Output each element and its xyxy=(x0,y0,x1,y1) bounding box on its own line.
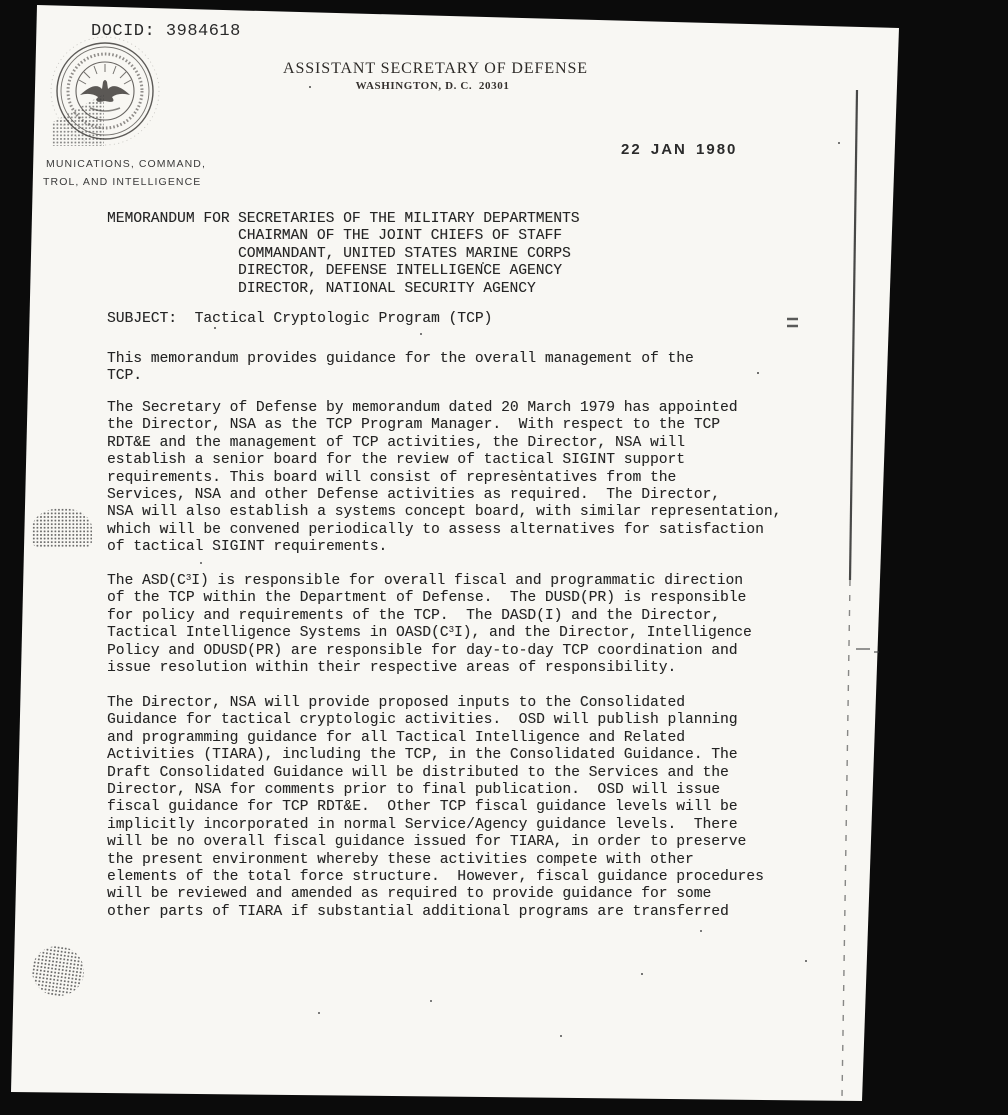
body-text-line: of the TCP within the Department of Defe… xyxy=(107,590,752,607)
office-line-control: TROL, AND INTELLIGENCE xyxy=(43,176,201,188)
body-text-line: Guidance for tactical cryptologic activi… xyxy=(107,712,764,729)
letterhead-title: ASSISTANT SECRETARY OF DEFENSE xyxy=(283,60,583,78)
memo-addressee-line: CHAIRMAN OF THE JOINT CHIEFS OF STAFF xyxy=(238,228,580,245)
letterhead-address: WASHINGTON, D. C. 20301 xyxy=(330,80,535,92)
body-text-line: The Secretary of Defense by memorandum d… xyxy=(107,400,781,417)
body-paragraph-2: The Secretary of Defense by memorandum d… xyxy=(107,400,781,557)
body-text-line: Services, NSA and other Defense activiti… xyxy=(107,487,781,504)
body-text-line: Draft Consolidated Guidance will be dist… xyxy=(107,765,764,782)
body-text-line: The Director, NSA will provide proposed … xyxy=(107,695,764,712)
body-text-line: and programming guidance for all Tactica… xyxy=(107,730,764,747)
body-text-line: The ASD(C3I) is responsible for overall … xyxy=(107,573,752,590)
body-text-line: the present environment whereby these ac… xyxy=(107,852,764,869)
body-text-line: Policy and ODUSD(PR) are responsible for… xyxy=(107,643,752,660)
body-text-line: elements of the total force structure. H… xyxy=(107,869,764,886)
body-text-line: This memorandum provides guidance for th… xyxy=(107,351,694,368)
body-text-line: which will be convened periodically to a… xyxy=(107,522,781,539)
memo-addressee-line: DIRECTOR, NATIONAL SECURITY AGENCY xyxy=(238,281,580,298)
subject-line: SUBJECT: Tactical Cryptologic Program (T… xyxy=(107,311,492,328)
body-text-line: of tactical SIGINT requirements. xyxy=(107,539,781,556)
body-text-line: fiscal guidance for TCP RDT&E. Other TCP… xyxy=(107,799,764,816)
bottom-left-stamp-smudge xyxy=(29,943,87,1000)
memo-addressee-line: SECRETARIES OF THE MILITARY DEPARTMENTS xyxy=(238,211,580,228)
body-text-line: TCP. xyxy=(107,368,694,385)
body-text-line: NSA will also establish a systems concep… xyxy=(107,504,781,521)
margin-ink-smudge xyxy=(32,508,92,548)
body-paragraph-1: This memorandum provides guidance for th… xyxy=(107,351,694,386)
body-paragraph-3: The ASD(C3I) is responsible for overall … xyxy=(107,573,752,677)
body-text-line: implicitly incorporated in normal Servic… xyxy=(107,817,764,834)
scanned-paper-sheet: DOCID: 3984618 ASSISTANT SECRETARY OF DE… xyxy=(0,0,1008,1115)
body-text-line: will be reviewed and amended as required… xyxy=(107,886,764,903)
body-text-line: establish a senior board for the review … xyxy=(107,452,781,469)
scan-noise-specks xyxy=(0,0,2,2)
body-text-line: issue resolution within their respective… xyxy=(107,660,752,677)
body-text-line: other parts of TIARA if substantial addi… xyxy=(107,904,764,921)
memo-addressee-line: DIRECTOR, DEFENSE INTELLIGENCE AGENCY xyxy=(238,263,580,280)
memorandum-for-label: MEMORANDUM FOR xyxy=(107,211,230,228)
office-line-communications: MUNICATIONS, COMMAND, xyxy=(46,158,206,170)
body-text-line: for policy and requirements of the TCP. … xyxy=(107,608,752,625)
body-text-line: requirements. This board will consist of… xyxy=(107,470,781,487)
body-text-line: the Director, NSA as the TCP Program Man… xyxy=(107,417,781,434)
body-text-line: Director, NSA for comments prior to fina… xyxy=(107,782,764,799)
body-text-line: RDT&E and the management of TCP activiti… xyxy=(107,435,781,452)
memo-addressee-line: COMMANDANT, UNITED STATES MARINE CORPS xyxy=(238,246,580,263)
body-text-line: Activities (TIARA), including the TCP, i… xyxy=(107,747,764,764)
memorandum-addressee-list: SECRETARIES OF THE MILITARY DEPARTMENTSC… xyxy=(238,211,580,298)
body-text-line: will be no overall fiscal guidance issue… xyxy=(107,834,764,851)
body-text-line: Tactical Intelligence Systems in OASD(C3… xyxy=(107,625,752,642)
scanned-memo-page: { "colors": { "background": "#0b0b0b", "… xyxy=(0,0,1008,1115)
date-stamp: 22 JAN 1980 xyxy=(621,141,737,158)
body-paragraph-4: The Director, NSA will provide proposed … xyxy=(107,695,764,921)
